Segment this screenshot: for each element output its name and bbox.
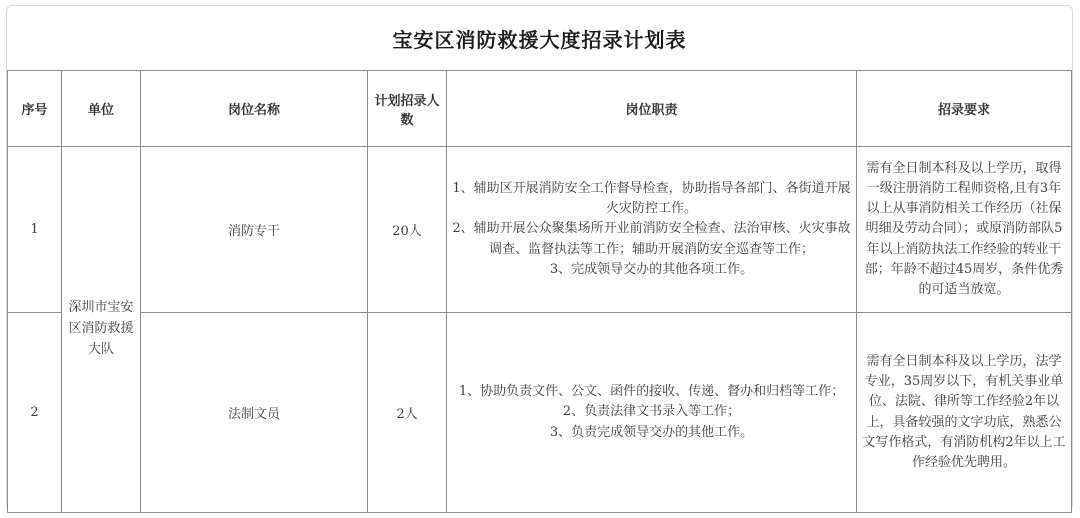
document-card: 宝安区消防救援大度招录计划表 序号 单位 岗位名称 计划招录人数 岗位职责 招录… [6,5,1073,511]
cell-requirements-2: 需有全日制本科及以上学历，法学专业，35周岁以下，有机关事业单位、法院、律所等工… [857,313,1072,513]
cell-duties-1: 1、辅助区开展消防安全工作督导检查，协助指导各部门、各街道开展火灾防控工作。 2… [447,147,857,313]
cell-no-1: 1 [8,147,62,313]
cell-requirements-1: 需有全日制本科及以上学历，取得一级注册消防工程师资格,且有3年以上从事消防相关工… [857,147,1072,313]
recruitment-table: 序号 单位 岗位名称 计划招录人数 岗位职责 招录要求 1 深圳市宝安区消防救援… [7,70,1072,513]
title-bar: 宝安区消防救援大度招录计划表 [7,6,1072,70]
cell-position-2: 法制文员 [141,313,368,513]
cell-no-2: 2 [8,313,62,513]
col-header-no: 序号 [8,71,62,147]
page-title: 宝安区消防救援大度招录计划表 [393,24,687,53]
table-header-row: 序号 单位 岗位名称 计划招录人数 岗位职责 招录要求 [8,71,1072,147]
cell-count-1: 20人 [368,147,447,313]
cell-duties-2: 1、协助负责文件、公文、函件的接收、传递、督办和归档等工作； 2、负责法律文书录… [447,313,857,513]
cell-unit-merged: 深圳市宝安区消防救援大队 [62,147,141,513]
page: 宝安区消防救援大度招录计划表 序号 单位 岗位名称 计划招录人数 岗位职责 招录… [0,0,1080,518]
col-header-count: 计划招录人数 [368,71,447,147]
cell-count-2: 2人 [368,313,447,513]
col-header-position: 岗位名称 [141,71,368,147]
col-header-requirements: 招录要求 [857,71,1072,147]
table-row: 2 法制文员 2人 1、协助负责文件、公文、函件的接收、传递、督办和归档等工作；… [8,313,1072,513]
table-row: 1 深圳市宝安区消防救援大队 消防专干 20人 1、辅助区开展消防安全工作督导检… [8,147,1072,313]
col-header-unit: 单位 [62,71,141,147]
col-header-duties: 岗位职责 [447,71,857,147]
cell-position-1: 消防专干 [141,147,368,313]
